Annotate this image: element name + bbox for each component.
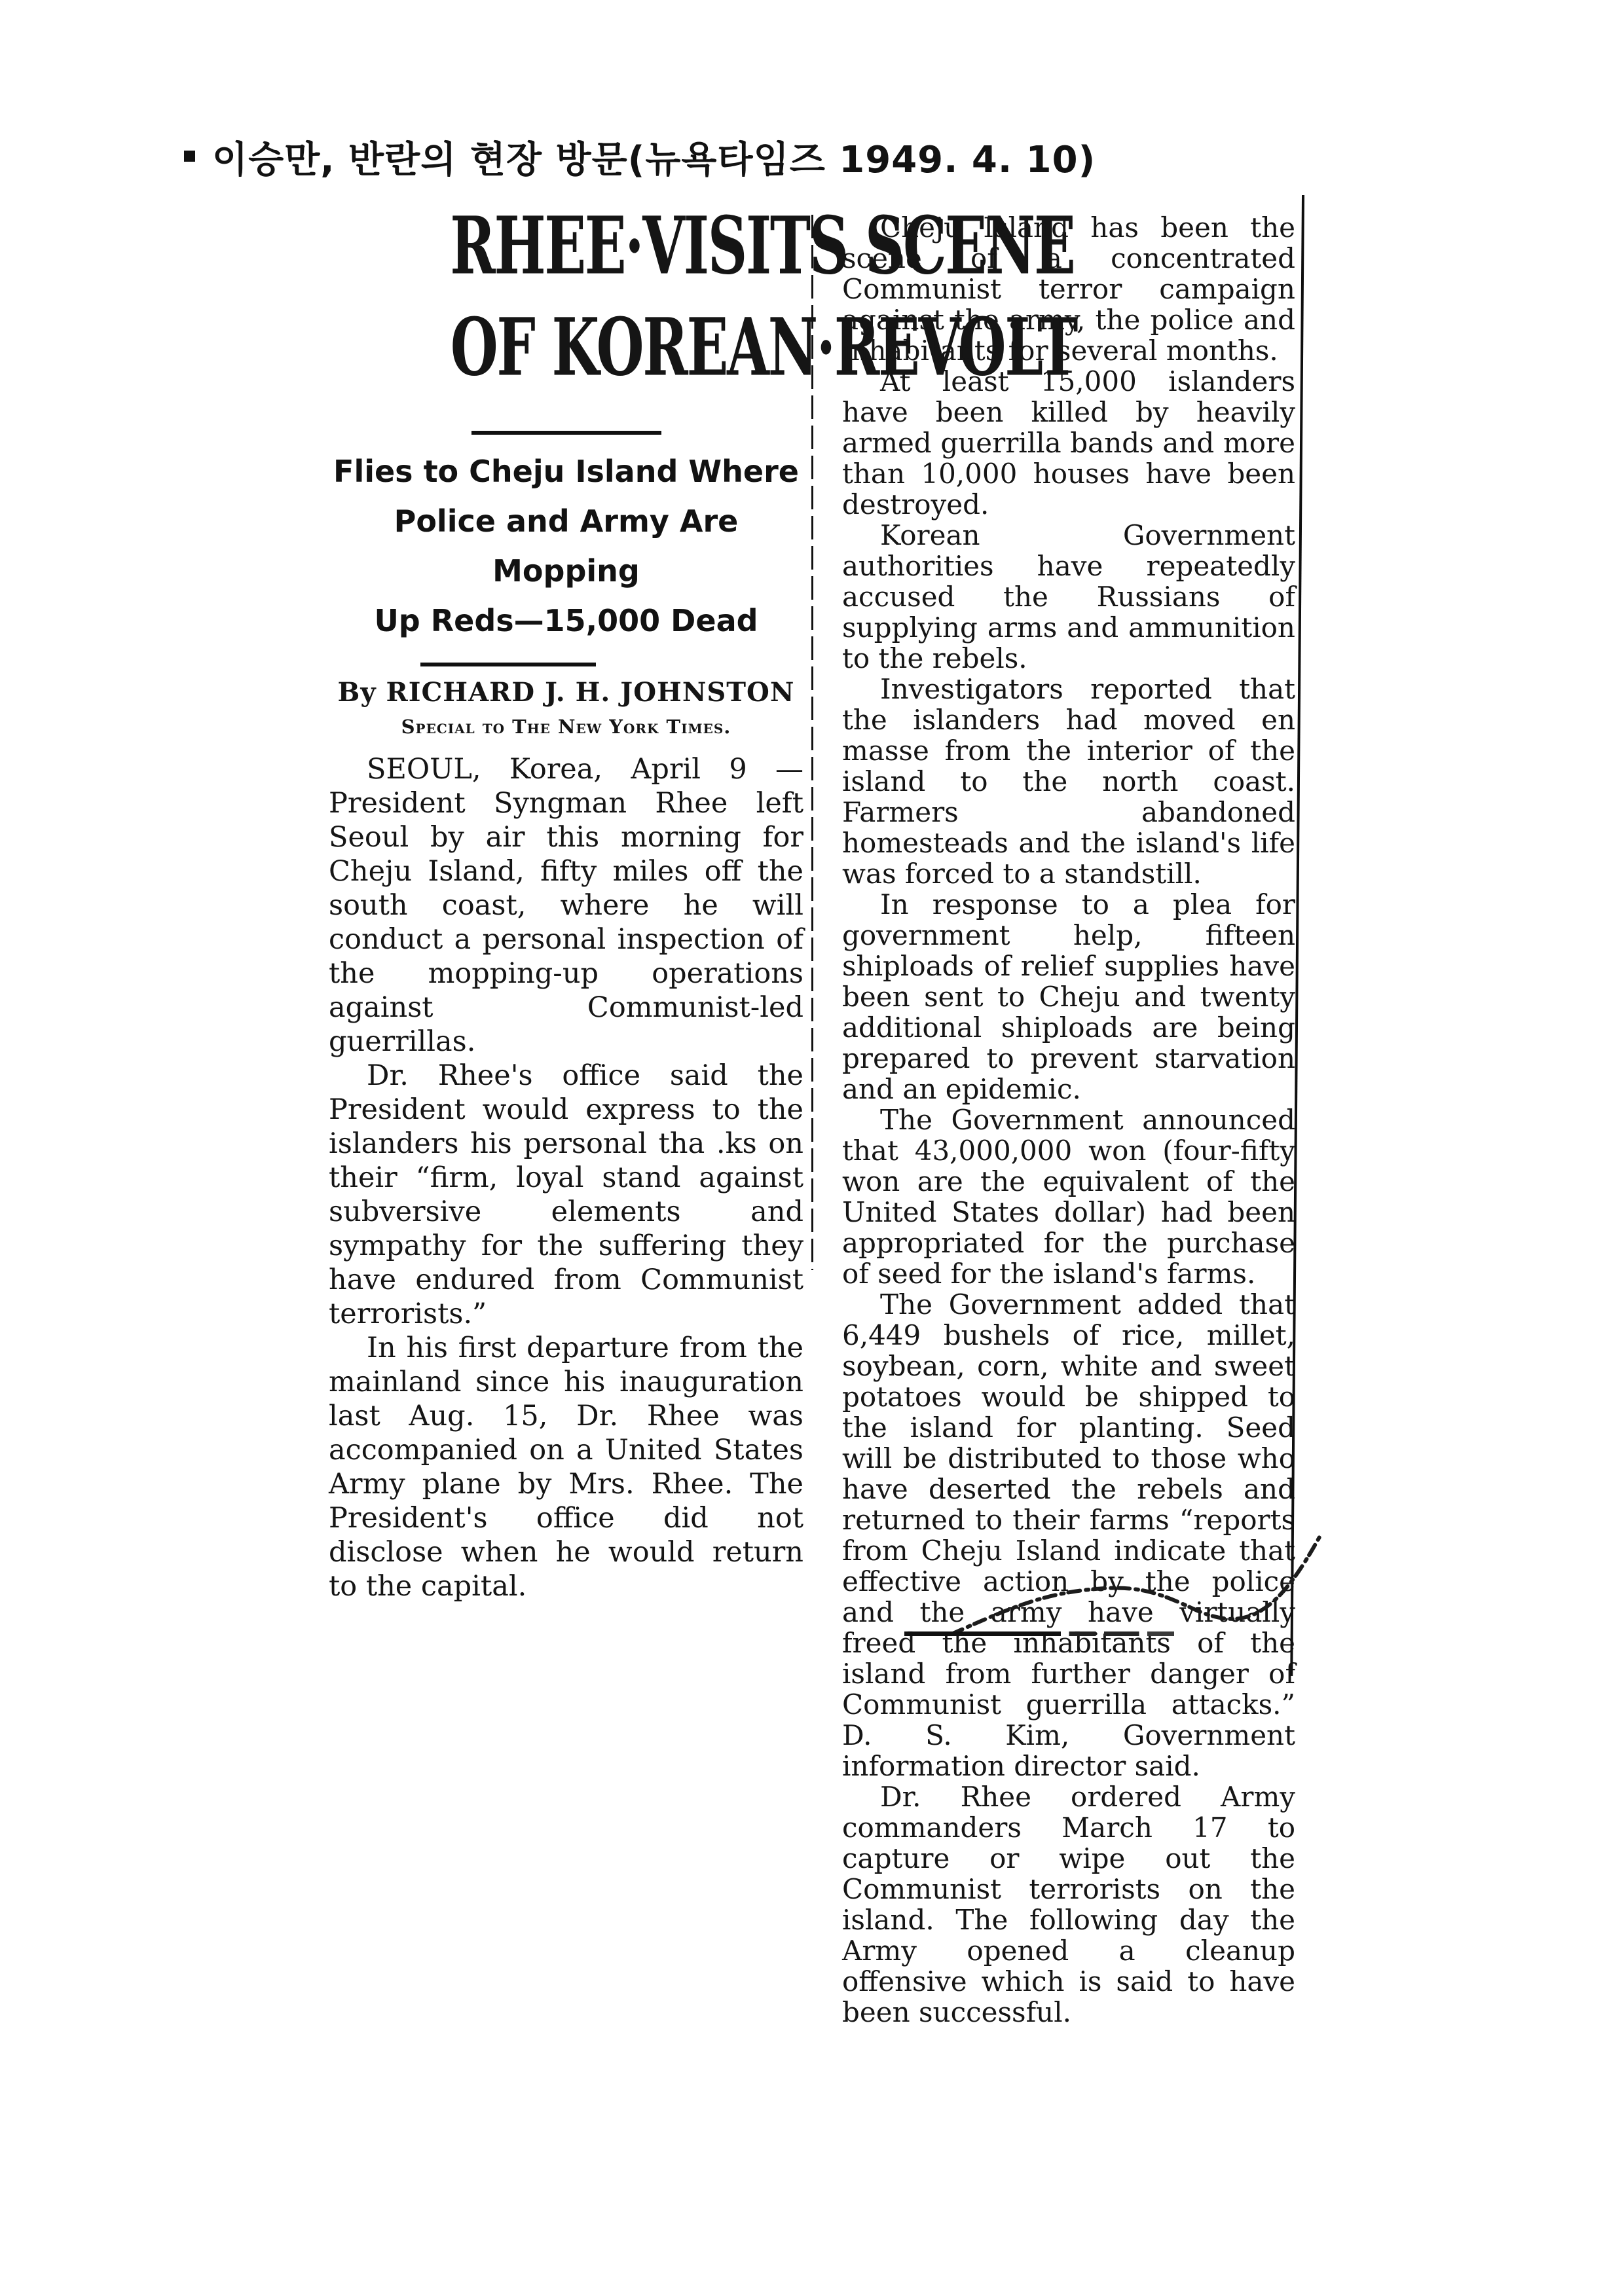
- article-paragraph: Investigators reported that the islander…: [842, 674, 1295, 889]
- subhead-line-1: Flies to Cheju Island Where: [329, 446, 803, 496]
- article-paragraph: In his first departure from the mainland…: [329, 1331, 803, 1603]
- credit-line: Special to The New York Times.: [329, 716, 803, 738]
- left-column-text: SEOUL, Korea, April 9 — President Syngma…: [329, 752, 803, 1603]
- article-paragraph: Cheju Island has been the scene of a con…: [842, 212, 1295, 366]
- square-bullet-icon: [184, 151, 195, 162]
- article-paragraph: The Government announced that 43,000,000…: [842, 1104, 1295, 1289]
- headline-divider-rule: [471, 431, 661, 435]
- byline: By RICHARD J. H. JOHNSTON: [329, 677, 803, 708]
- article-paragraph: Korean Government authorities have repea…: [842, 520, 1295, 674]
- article-paragraph: At least 15,000 islanders have been kill…: [842, 366, 1295, 520]
- left-column: RHEE·VISITS SCENE OF KOREAN·REVOLT Flies…: [329, 200, 803, 1603]
- column-divider-rule: [811, 215, 813, 1270]
- article-headline: RHEE·VISITS SCENE OF KOREAN·REVOLT: [329, 200, 803, 410]
- scanned-page: { "annotation": { "bullet": "■", "text":…: [0, 0, 1624, 2296]
- article-paragraph: Dr. Rhee ordered Army commanders March 1…: [842, 1781, 1295, 2028]
- newspaper-clipping: RHEE·VISITS SCENE OF KOREAN·REVOLT Flies…: [301, 195, 1326, 1727]
- end-rule: [904, 1631, 1174, 1636]
- subhead-line-2: Police and Army Are Mopping: [329, 496, 803, 596]
- article-paragraph: Dr. Rhee's office said the President wou…: [329, 1059, 803, 1331]
- article-paragraph: In response to a plea for government hel…: [842, 889, 1295, 1104]
- annotation-text: 이승만, 반란의 현장 방문(뉴욕타임즈 1949. 4. 10): [212, 131, 1096, 183]
- subhead-divider-rule: [420, 663, 596, 666]
- article-subhead: Flies to Cheju Island Where Police and A…: [329, 446, 803, 646]
- right-column: Cheju Island has been the scene of a con…: [842, 212, 1295, 2028]
- annotation-header: 이승만, 반란의 현장 방문(뉴욕타임즈 1949. 4. 10): [184, 131, 1096, 183]
- subhead-line-3: Up Reds—15,000 Dead: [329, 596, 803, 646]
- article-paragraph: SEOUL, Korea, April 9 — President Syngma…: [329, 752, 803, 1059]
